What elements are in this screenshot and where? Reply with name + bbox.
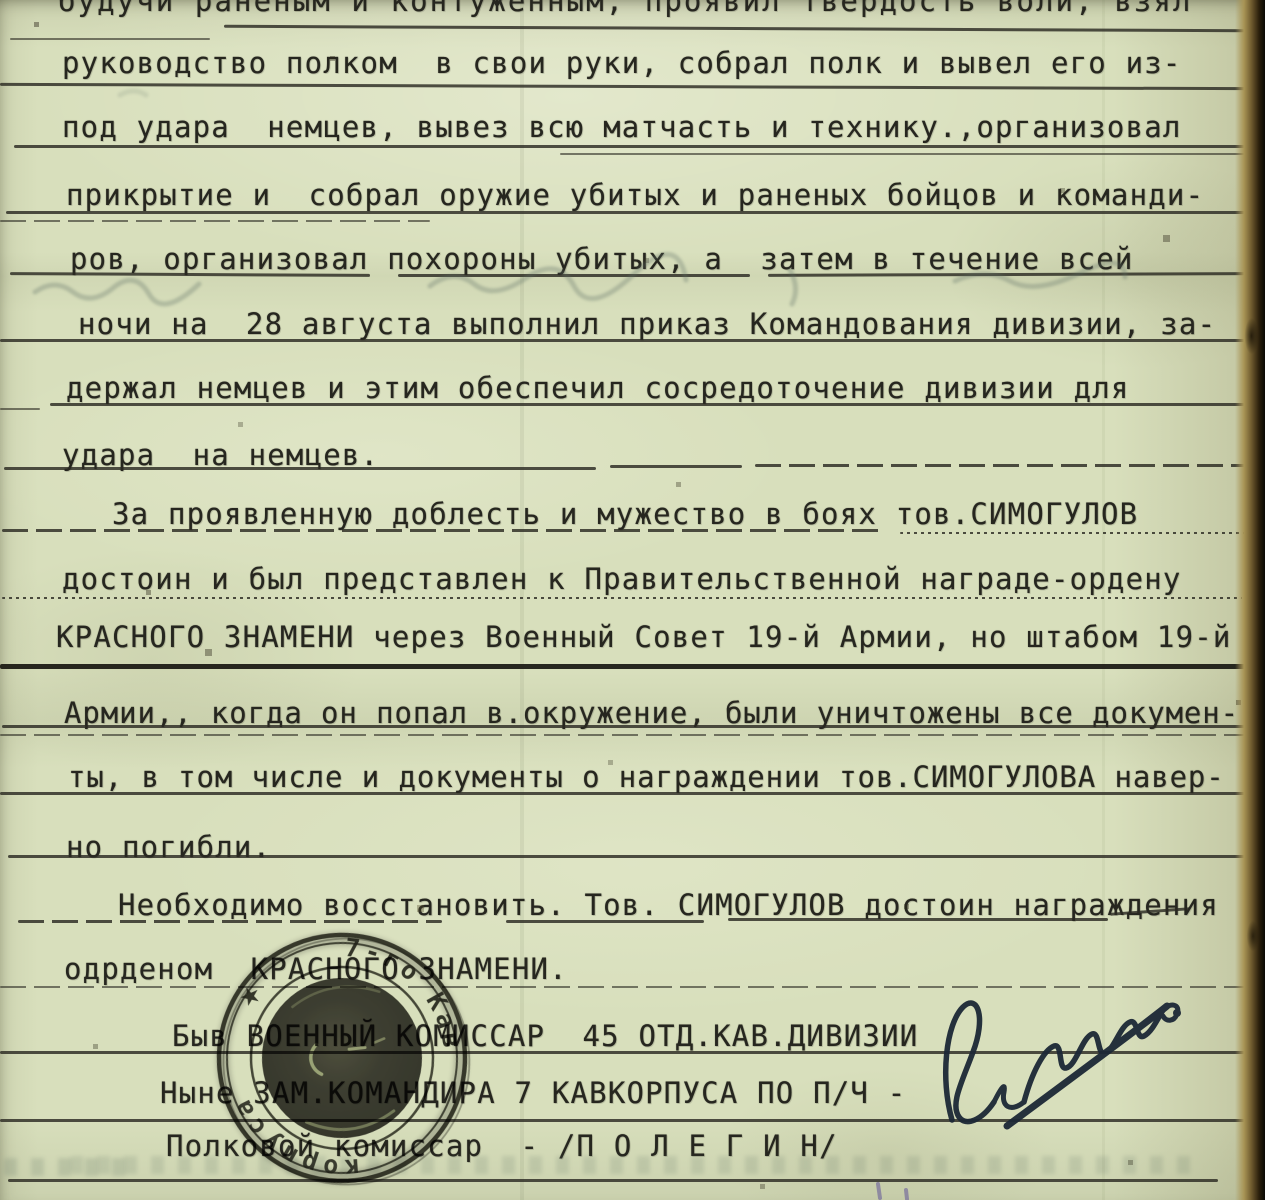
- ruled-line: [0, 734, 1252, 736]
- ruled-line: [0, 220, 430, 222]
- ruled-line: [560, 153, 1248, 155]
- text-line-3: под удара немцев, вывез всю матчасть и т…: [62, 110, 1182, 144]
- ruled-line: [0, 1051, 1250, 1054]
- ruled-line: [0, 664, 1258, 669]
- ruled-line: [398, 274, 750, 277]
- text-line-13: ты, в том числе и документы о награждени…: [68, 760, 1225, 794]
- ruled-line: [10, 272, 370, 277]
- text-line-14: но погибли.: [66, 830, 271, 864]
- ruled-line: [4, 467, 596, 470]
- signature-ink: [946, 1003, 1181, 1126]
- ruled-line: [8, 1179, 1218, 1182]
- bleedthrough-marks: [70, 1156, 1200, 1174]
- ruled-line: [0, 792, 1256, 795]
- page-edge-strip: [1235, 0, 1265, 1200]
- text-line-5: ров, организовал похороны убитых, а зате…: [70, 242, 1134, 276]
- text-line-4: прикрытие и собрал оружие убитых и ранен…: [66, 178, 1204, 212]
- text-line-9: За проявленную доблесть и мужество в боя…: [112, 497, 1138, 531]
- text-line-1: будучи раненым и контуженным, проявил тв…: [58, 0, 1192, 18]
- ruled-line: [0, 1119, 1252, 1122]
- ruled-line: [2, 529, 882, 532]
- text-line-2: руководство полком в свои руки, собрал п…: [62, 46, 1182, 80]
- ruled-line: [0, 986, 1258, 988]
- text-line-17: Быв ВОЕННЫЙ КОМИССАР 45 ОТД.КАВ.ДИВИЗИИ: [172, 1019, 918, 1053]
- text-line-15: Необходимо восстановить. Тов. СИМОГУЛОВ …: [118, 888, 1219, 922]
- ruled-line: [0, 83, 1248, 90]
- text-line-11: КРАСНОГО ЗНАМЕНИ через Военный Совет 19-…: [56, 620, 1232, 654]
- ruled-line: [2, 597, 1242, 599]
- text-line-7: держал немцев и этим обеспечил сосредото…: [66, 371, 1130, 405]
- paper-speckles: [0, 0, 1, 1]
- ruled-line: [8, 855, 1248, 858]
- ink-ticks: [878, 1184, 907, 1199]
- ruled-line: [6, 211, 1248, 214]
- text-line-18: Ныне ЗАМ.КОМАНДИРА 7 КАВКОРПУСА ПО П/Ч -: [160, 1076, 906, 1110]
- ruled-line: [18, 920, 442, 923]
- text-line-16: одрденом КРАСНОГО ЗНАМЕНИ.: [64, 952, 568, 986]
- text-line-10: достоин и был представлен к Правительств…: [62, 562, 1182, 596]
- ruled-line: [2, 725, 1252, 728]
- ruled-line: [50, 403, 1248, 406]
- ruled-line: [755, 464, 1248, 467]
- bleedthrough-marks: [4, 1158, 134, 1176]
- text-line-6: ночи на 28 августа выполнил приказ Коман…: [78, 307, 1216, 341]
- ruled-line: [900, 532, 1248, 534]
- ruled-line: [768, 272, 1248, 277]
- ruled-line: [728, 918, 1108, 921]
- ruled-line: [0, 408, 40, 410]
- ruled-line: [14, 145, 1252, 148]
- scanned-document-page: будучи раненым и контуженным, проявил тв…: [0, 0, 1265, 1200]
- ruled-line: [506, 920, 704, 923]
- ruled-line: [10, 38, 210, 40]
- stamp-emblem-highlights: [291, 983, 395, 1134]
- ruled-line: [610, 465, 742, 468]
- ruled-line: [0, 339, 1252, 342]
- ruled-line: [224, 25, 1250, 32]
